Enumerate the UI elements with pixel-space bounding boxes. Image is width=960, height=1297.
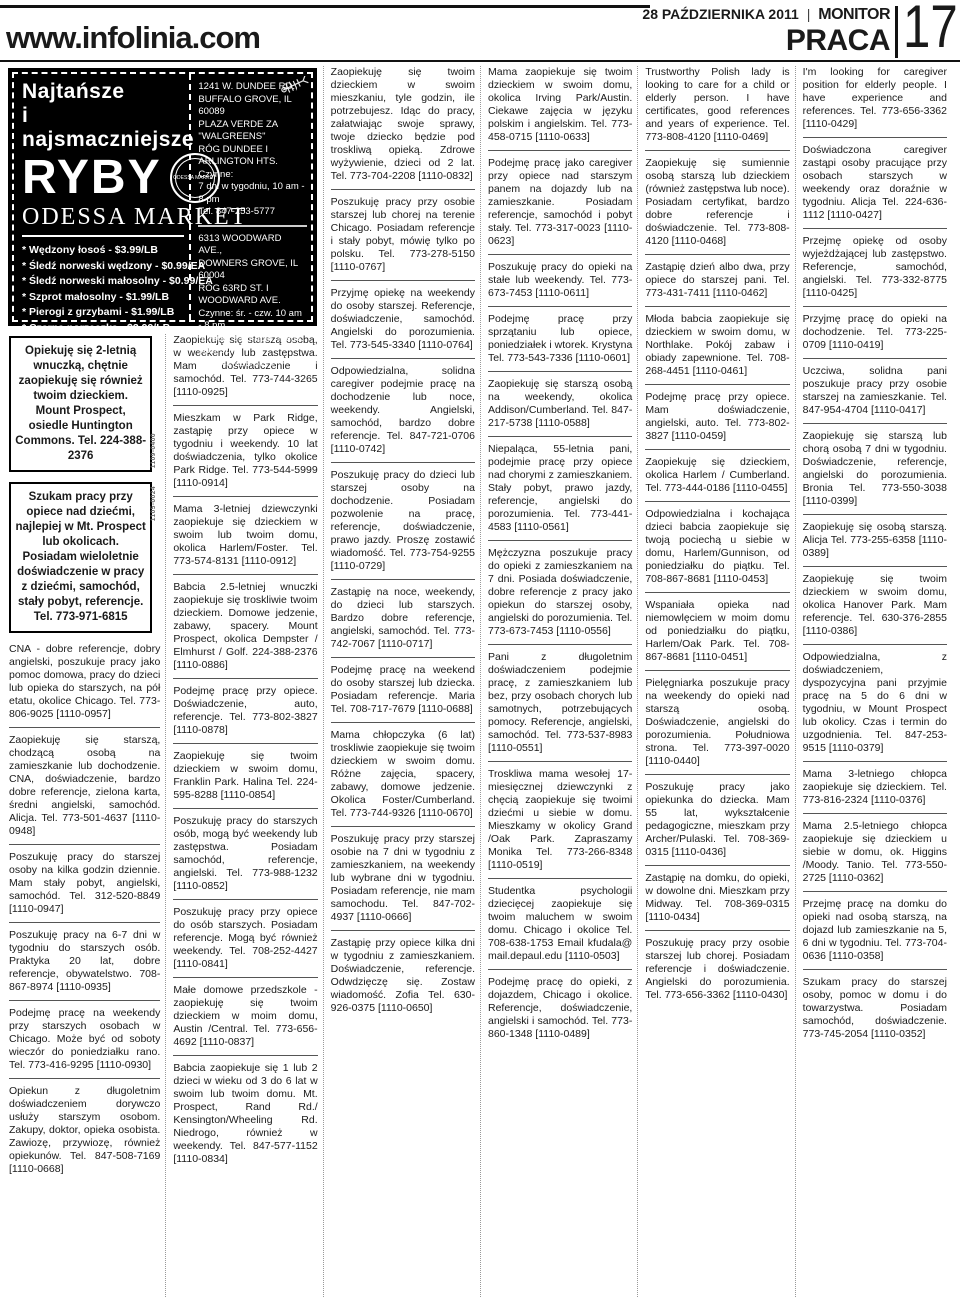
classified-ad: Poszukuję pracy przy starszej osobie na … (331, 833, 475, 931)
classified-ad: Poszukuję pracy jako opiekunka do dzieck… (645, 781, 789, 866)
page-header: www.infolinia.com 28 PAŹDZIERNIKA 2011 |… (0, 0, 960, 62)
ad-separator (173, 678, 317, 679)
classified-ad: Małe domowe przedszkole - zaopiekuję się… (173, 984, 317, 1056)
classified-ad-text: Pani z długoletnim doświadczeniem podejm… (488, 651, 632, 755)
classified-ad: Mama zaopiekuje się twoim dzieckiem w sw… (488, 66, 632, 151)
classified-ad: Zastąpię dzień albo dwa, przy opiece do … (645, 261, 789, 307)
address-line: 7 dni w tygodniu, 10 am - 8 pm (198, 181, 306, 206)
ad-separator (645, 449, 789, 450)
boxed-ad-text: Opiekuję się 2-letnią wnuczką, chętnie z… (15, 344, 146, 464)
classified-ad-text: Doświadczona caregiver zastąpi osoby pra… (803, 144, 947, 222)
classified-ad: Przyjmę opiekę na weekendy do osoby star… (331, 287, 475, 359)
ad-separator (645, 930, 789, 931)
classified-ad-text: Odpowiedzialna, solidna caregiver podejm… (331, 365, 475, 456)
ad-separator (488, 436, 632, 437)
classified-ad-text: Podejmę pracę jako caregiver przy opiece… (488, 157, 632, 248)
classified-ad-text: Mama 3-letniej dziewczynki zaopiekuje si… (173, 503, 317, 568)
classified-ad-text: Zastąpię na domku, do opieki, w dowolne … (645, 872, 789, 924)
ad-separator (488, 150, 632, 151)
price-line: * Szprot małosolny - $1.99/LB (22, 290, 184, 306)
odessa-market-left: Najtańsze i najsmaczniejsze RYBY ODESSA … (14, 74, 189, 320)
ad-separator (331, 722, 475, 723)
classified-ad-text: Podejmę pracę do opieki, z dojazdem, Chi… (488, 976, 632, 1041)
boxed-ad-text: Szukam pracy przy opiece nad dziećmi, na… (15, 490, 146, 625)
address-line: Tel. 847-253-5777 (198, 358, 306, 371)
address-line: PLAZA VERDE ZA "WALGREENS" (198, 119, 306, 144)
boxed-ad: Szukam pracy przy opiece nad dziećmi, na… (9, 482, 152, 633)
ad-separator (803, 228, 947, 229)
ad-separator (488, 878, 632, 879)
classified-ad-text: Zaopiekuję się starszą osobą na weekendy… (488, 378, 632, 430)
classified-ad-text: Zastąpię dzień albo dwa, przy opiece do … (645, 261, 789, 300)
ad-separator (173, 574, 317, 575)
classified-ad: Poszukuję pracy przy osobie starszej lub… (331, 196, 475, 281)
dateline: 28 PAŹDZIERNIKA 2011 | MONITOR (642, 6, 890, 24)
classified-ad-text: Zaopiekuję się twoim dzieckiem w swoim m… (331, 66, 475, 183)
ad-separator (173, 743, 317, 744)
classified-ad: Podejmę pracę przy sprzątaniu lub opiece… (488, 313, 632, 372)
classified-ad: Poszukuję pracy do opieki na stałe lub w… (488, 261, 632, 307)
dateline-separator: | (803, 6, 815, 22)
classified-column-2: Zaopiekuję się starszą osobą, w weekendy… (165, 334, 322, 1297)
classified-ad-text: Przejmę opiekę od osoby wyjeżdżającej lu… (803, 235, 947, 300)
classified-ad-text: Zaopiekuję się twoim dzieckiem w swoim d… (803, 573, 947, 638)
address-line: pt.-sob. 9am-8pm, niedz. 9am-5pm (198, 333, 306, 358)
classified-ad: Poszukuję pracy przy opiece do osób star… (173, 906, 317, 978)
classified-ad: Pielęgniarka poszukuje pracy na weekendy… (645, 677, 789, 775)
classified-column-5: Trustworthy Polish lady is looking to ca… (637, 66, 794, 1297)
classified-ad-text: Poszukuję pracy przy starszej osobie na … (331, 833, 475, 924)
classified-ad-text: Trustworthy Polish lady is looking to ca… (645, 66, 789, 144)
odessa-market-ad: Najtańsze i najsmaczniejsze RYBY ODESSA … (8, 68, 317, 326)
classified-ad-text: Mama chłopczyka (6 lat) troskliwie zaopi… (331, 729, 475, 820)
classifieds-content: Najtańsze i najsmaczniejsze RYBY ODESSA … (8, 66, 952, 1297)
classified-ad: CNA - dobre referencje, dobry angielski,… (9, 643, 160, 728)
ad-separator (803, 514, 947, 515)
classified-ad-text: Poszukuję pracy na 6-7 dni w tygodniu do… (9, 929, 160, 994)
classified-ad: Zastąpię na noce, weekendy, do dzieci lu… (331, 586, 475, 658)
ad-separator (173, 808, 317, 809)
classified-ad-text: Poszukuję pracy do starszych osób, mogą … (173, 815, 317, 893)
classified-ad-text: Zaopiekuję się starszą, chodzącą osobą n… (9, 734, 160, 838)
address-line: RÓG 63RD ST. I WOODWARD AVE. (198, 283, 306, 308)
classified-ad: Mama chłopczyka (6 lat) troskliwie zaopi… (331, 729, 475, 827)
ad-separator (331, 462, 475, 463)
ad-separator (488, 761, 632, 762)
classified-ad: Podejmę pracę przy opiece. Doświadczenie… (173, 685, 317, 744)
classified-ad: Zaopiekuję się starszą, chodzącą osobą n… (9, 734, 160, 845)
header-rule (0, 5, 650, 8)
classified-ad: Doświadczona caregiver zastąpi osoby pra… (803, 144, 947, 229)
ad-separator (173, 496, 317, 497)
classified-ad: Zaopiekuję się twoim dzieckiem w swoim d… (173, 750, 317, 809)
header-vertical-rule (895, 6, 898, 58)
classified-ad-text: Przyjmę opiekę na weekendy do osoby star… (331, 287, 475, 352)
ad-separator (173, 1055, 317, 1056)
classified-ad-text: Przejmę pracę na domku do opieki nad oso… (803, 898, 947, 963)
classified-ad: Zaopiekuję się twoim dzieckiem w swoim d… (803, 573, 947, 645)
address-line: Tel. 847-253-5777 (198, 206, 306, 219)
classified-ad: Babcia zaopiekuje się 1 lub 2 dzieci w w… (173, 1062, 317, 1166)
ad-separator (803, 137, 947, 138)
ad-separator (803, 761, 947, 762)
ad-id-vertical: 1109-0400 (146, 433, 161, 468)
classified-ad-text: Poszukuję pracy przy osobie starszej lub… (331, 196, 475, 274)
ad-separator (331, 189, 475, 190)
classified-ad-text: Poszukuję pracy do dzieci lub starszej o… (331, 469, 475, 573)
ad-separator (173, 977, 317, 978)
classified-ad-text: I'm looking for caregiver position for e… (803, 66, 947, 131)
classified-ad-text: Zastąpię na noce, weekendy, do dzieci lu… (331, 586, 475, 651)
classified-ad: Poszukuję pracy przy osobie starszej lub… (645, 937, 789, 1002)
classified-ad: Odpowiedzialna, z doświadczeniem, dyspoz… (803, 651, 947, 762)
ad-separator (803, 644, 947, 645)
classified-column-4: Mama zaopiekuje się twoim dzieckiem w sw… (480, 66, 637, 1297)
classified-ad-text: Zaopiekuję się sumiennie osobą starszą l… (645, 157, 789, 248)
classified-ad-text: Podejmę pracę przy opiece. Doświadczenie… (173, 685, 317, 737)
ad-separator (488, 644, 632, 645)
classified-ad: Przyjmę pracę do opieki na dochodzenie. … (803, 313, 947, 359)
classified-ad: Mężczyzna poszukuje pracy do opieki z za… (488, 547, 632, 645)
odessa-market-locations: 1241 W. DUNDEE RD.,BUFFALO GROVE, IL 600… (189, 74, 310, 320)
price-line: * Wędzony łosoś - $3.99/LB (22, 243, 184, 259)
classified-ad: Podejmę pracę jako caregiver przy opiece… (488, 157, 632, 255)
newspaper-page: www.infolinia.com 28 PAŹDZIERNIKA 2011 |… (0, 0, 960, 1297)
ad-separator (488, 254, 632, 255)
classified-ad-text: Przyjmę pracę do opieki na dochodzenie. … (803, 313, 947, 352)
ad-separator (488, 969, 632, 970)
classified-ad-text: Mama 3-letniego chłopca zaopiekuje się d… (803, 768, 947, 807)
classified-ad-text: Mama zaopiekuje się twoim dzieckiem w sw… (488, 66, 632, 144)
classified-ad-text: Poszukuję pracy do starszej osoby na kil… (9, 851, 160, 916)
ad-separator (331, 579, 475, 580)
classified-ad: I'm looking for caregiver position for e… (803, 66, 947, 138)
classified-ad: Szukam pracy do starszej osoby, pomoc w … (803, 976, 947, 1041)
price-line: * Pierogi z grzybami - $1.99/LB (22, 305, 184, 321)
classified-ad-text: Zaopiekuję się osobą starszą. Alicja Tel… (803, 521, 947, 560)
classified-ad-text: Uczciwa, solidna pani poszukuje pracy pr… (803, 365, 947, 417)
fish-skeleton-icon (279, 76, 309, 99)
classified-ad: Przejmę opiekę od osoby wyjeżdżającej lu… (803, 235, 947, 307)
classified-ad: Poszukuję pracy do dzieci lub starszej o… (331, 469, 475, 580)
classified-ad: Zaopiekuję się starszą osobą na weekendy… (488, 378, 632, 437)
ad-separator (803, 358, 947, 359)
classified-ad-text: Wspaniała opieka nad niemowlęciem w moim… (645, 599, 789, 664)
ad-separator (645, 592, 789, 593)
ad-separator (331, 826, 475, 827)
classified-ad: Zaopiekuję się dzieckiem, okolica Harlem… (645, 456, 789, 502)
section-title: PRACA (786, 24, 890, 58)
classified-ad: Zastąpię na domku, do opieki, w dowolne … (645, 872, 789, 931)
ad-list: CNA - dobre referencje, dobry angielski,… (9, 643, 160, 1176)
ad-separator (9, 1000, 160, 1001)
address-line: Czynne: śr. - czw. 10 am - 8 pm, (198, 308, 306, 333)
ad-separator (488, 540, 632, 541)
ad-separator (488, 371, 632, 372)
classified-ad: Niepaląca, 55-letnia pani, podejmie prac… (488, 443, 632, 541)
classified-ad: Podejmę pracę na weekendy przy starszych… (9, 1007, 160, 1079)
classified-ad-text: Opiekun z długoletnim doświadczeniem dor… (9, 1085, 160, 1176)
classified-ad: Podejmę pracę przy opiece. Mam doświadcz… (645, 391, 789, 450)
classified-ad: Odpowiedzialna, solidna caregiver podejm… (331, 365, 475, 463)
classified-ad-text: Mężczyzna poszukuje pracy do opieki z za… (488, 547, 632, 638)
ad-separator (645, 254, 789, 255)
ad-separator (9, 1078, 160, 1079)
classified-ad-text: Młoda babcia zaopiekuje się dzieckiem w … (645, 313, 789, 378)
ad-separator (331, 657, 475, 658)
classified-ad: Wspaniała opieka nad niemowlęciem w moim… (645, 599, 789, 671)
ad-separator (803, 566, 947, 567)
classified-column-6: I'm looking for caregiver position for e… (795, 66, 952, 1297)
classified-ad-text: Poszukuję pracy przy osobie starszej lub… (645, 937, 789, 1002)
classified-ad: Uczciwa, solidna pani poszukuje pracy pr… (803, 365, 947, 424)
price-line: * Śledź norweski wędzony - $0.99/EA (22, 259, 184, 275)
classified-ad: Poszukuję pracy do starszej osoby na kil… (9, 851, 160, 923)
classified-ad: Studentka psychologii dziecięcej zaopiek… (488, 885, 632, 970)
classified-ad-text: Zaopiekuję się twoim dzieckiem w swoim d… (173, 750, 317, 802)
classified-ad: Pani z długoletnim doświadczeniem podejm… (488, 651, 632, 762)
classified-ad-text: Babcia 2.5-letniej wnuczki zaopiekuje si… (173, 581, 317, 672)
classified-ad-text: Podejmę pracę przy sprzątaniu lub opiece… (488, 313, 632, 365)
ad-separator (645, 384, 789, 385)
classified-ad-text: Poszukuję pracy jako opiekunka do dzieck… (645, 781, 789, 859)
classified-ad: Poszukuję pracy do starszych osób, mogą … (173, 815, 317, 900)
ad-separator (331, 930, 475, 931)
classified-ad: Poszukuję pracy na 6-7 dni w tygodniu do… (9, 929, 160, 1001)
ad-separator (9, 922, 160, 923)
classified-ad-text: Podejmę pracę na weekend do osoby starsz… (331, 664, 475, 716)
fish-price-list: * Wędzony łosoś - $3.99/LB* Śledź norwes… (22, 243, 184, 336)
ryby-tagline-2: i najsmaczniejsze (22, 104, 184, 152)
classified-ad: Mama 2.5-letniego chłopca zaopiekuje się… (803, 820, 947, 892)
classified-ad-text: Poszukuję pracy do opieki na stałe lub w… (488, 261, 632, 300)
ad-separator (803, 969, 947, 970)
ad-separator (645, 501, 789, 502)
classified-ad-text: Zastąpię przy opiece kilka dni w tygodni… (331, 937, 475, 1015)
classified-ad: Mama 3-letniej dziewczynki zaopiekuje si… (173, 503, 317, 575)
classified-ad: Młoda babcia zaopiekuje się dzieckiem w … (645, 313, 789, 385)
store-name: ODESSA MARKET (22, 204, 184, 237)
ad-separator (645, 306, 789, 307)
classified-ad: Podejmę pracę do opieki, z dojazdem, Chi… (488, 976, 632, 1041)
classified-ad: Zaopiekuję się twoim dzieckiem w swoim m… (331, 66, 475, 190)
classified-ad: Zaopiekuję się sumiennie osobą starszą l… (645, 157, 789, 255)
classified-ad-text: Studentka psychologii dziecięcej zaopiek… (488, 885, 632, 963)
classified-ad: Zaopiekuję się osobą starszą. Alicja Tel… (803, 521, 947, 567)
classified-ad: Troskliwa mama wesołej 17-miesięcznej dz… (488, 768, 632, 879)
address-line: RÓG DUNDEE I ARLINGTON HTS. (198, 144, 306, 169)
classified-ad-text: Odpowiedzialna, z doświadczeniem, dyspoz… (803, 651, 947, 755)
ad-separator (9, 844, 160, 845)
classified-ad: Babcia 2.5-letniej wnuczki zaopiekuje si… (173, 581, 317, 679)
classified-ad-text: Mama 2.5-letniego chłopca zaopiekuje się… (803, 820, 947, 885)
ad-separator (803, 306, 947, 307)
classified-ad: Mama 3-letniego chłopca zaopiekuje się d… (803, 768, 947, 814)
ad-separator (9, 727, 160, 728)
ad-separator (645, 865, 789, 866)
header-bottom-rule (0, 60, 960, 62)
classified-ad: Opiekun z długoletnim doświadczeniem dor… (9, 1085, 160, 1176)
ad-separator (803, 891, 947, 892)
classified-ad-text: Podejmę pracę przy opiece. Mam doświadcz… (645, 391, 789, 443)
classified-ad-text: Babcia zaopiekuje się 1 lub 2 dzieci w w… (173, 1062, 317, 1166)
classified-ad: Trustworthy Polish lady is looking to ca… (645, 66, 789, 151)
issue-date: 28 PAŹDZIERNIKA 2011 (642, 6, 798, 22)
classified-column-1: Opiekuję się 2-letnią wnuczką, chętnie z… (8, 334, 165, 1297)
classified-ad-text: Pielęgniarka poszukuje pracy na weekendy… (645, 677, 789, 768)
classified-ad-text: Szukam pracy do starszej osoby, pomoc w … (803, 976, 947, 1041)
ad-separator (173, 899, 317, 900)
classified-ad-text: CNA - dobre referencje, dobry angielski,… (9, 643, 160, 721)
location-2: 6313 WOODWARD AVE.,DOWNERS GROVE, IL 600… (198, 233, 306, 371)
price-line: * Śledź norweski małosolny - $0.99/EA (22, 274, 184, 290)
classified-ad: Przejmę pracę na domku do opieki nad oso… (803, 898, 947, 970)
classified-ad-text: Małe domowe przedszkole - zaopiekuję się… (173, 984, 317, 1049)
ad-separator (331, 358, 475, 359)
ad-separator (803, 813, 947, 814)
classified-ad-text: Odpowiedzialna i kochająca dzieci babcia… (645, 508, 789, 586)
classified-column-3: Zaopiekuję się twoim dzieckiem w swoim m… (323, 66, 480, 1297)
classified-ad-text: Zaopiekuję się dzieckiem, okolica Harlem… (645, 456, 789, 495)
ad-separator (645, 670, 789, 671)
address-line: DOWNERS GROVE, IL 60004 (198, 258, 306, 283)
classified-ad: Podejmę pracę na weekend do osoby starsz… (331, 664, 475, 723)
ad-separator (645, 150, 789, 151)
ryby-tagline-1: Najtańsze (22, 80, 184, 104)
location-1: 1241 W. DUNDEE RD.,BUFFALO GROVE, IL 600… (198, 81, 306, 219)
classified-ad: Mieszkam w Park Ridge, zastąpię przy opi… (173, 412, 317, 497)
ad-separator (645, 774, 789, 775)
classified-ad-text: Podejmę pracę na weekendy przy starszych… (9, 1007, 160, 1072)
classified-ad: Odpowiedzialna i kochająca dzieci babcia… (645, 508, 789, 593)
classified-ad-text: Poszukuję pracy przy opiece do osób star… (173, 906, 317, 971)
classified-ad-text: Niepaląca, 55-letnia pani, podejmie prac… (488, 443, 632, 534)
ad-id-vertical: 1105-0024 (146, 486, 161, 521)
boxed-ad: Opiekuję się 2-letnią wnuczką, chętnie z… (9, 336, 152, 472)
classified-ad: Zaopiekuję się starszą lub chorą osobą 7… (803, 430, 947, 515)
ryby-title: RYBY (22, 154, 162, 202)
ad-separator (803, 423, 947, 424)
newspaper-brand: MONITOR (818, 6, 890, 23)
ad-separator (173, 405, 317, 406)
classified-ad-text: Mieszkam w Park Ridge, zastąpię przy opi… (173, 412, 317, 490)
ad-separator (331, 280, 475, 281)
classified-ad: Zastąpię przy opiece kilka dni w tygodni… (331, 937, 475, 1015)
page-number: 17 (903, 0, 958, 58)
classified-ad-text: Troskliwa mama wesołej 17-miesięcznej dz… (488, 768, 632, 872)
site-url: www.infolinia.com (6, 20, 260, 56)
location-separator (198, 225, 306, 227)
classified-ad-text: Zaopiekuję się starszą lub chorą osobą 7… (803, 430, 947, 508)
address-line: Czynne: (198, 169, 306, 182)
address-line: 6313 WOODWARD AVE., (198, 233, 306, 258)
ad-separator (488, 306, 632, 307)
